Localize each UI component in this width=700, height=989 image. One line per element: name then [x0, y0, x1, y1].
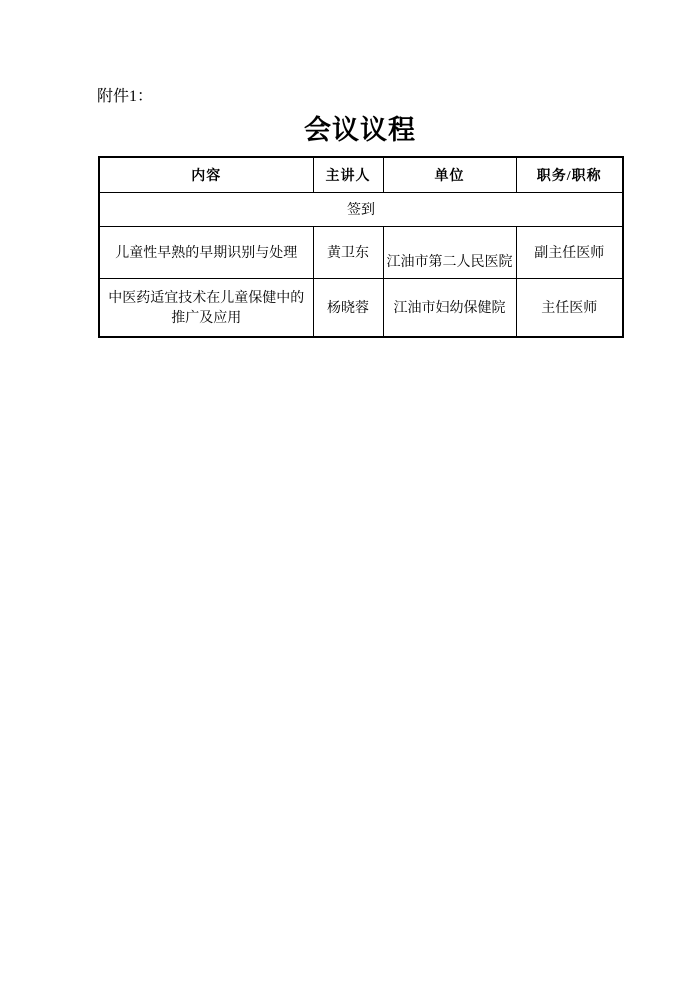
unit-cell: 江油市第二人民医院	[383, 226, 516, 278]
speaker-cell: 黄卫东	[313, 226, 383, 278]
signin-row: 签到	[99, 192, 623, 226]
table-row: 中医药适宜技术在儿童保健中的推广及应用 杨晓蓉 江油市妇幼保健院 主任医师	[99, 278, 623, 337]
page-title: 会议议程	[98, 114, 622, 146]
content-cell: 中医药适宜技术在儿童保健中的推广及应用	[99, 278, 313, 337]
header-cell-content: 内容	[99, 157, 313, 192]
header-cell-position: 职务/职称	[516, 157, 623, 192]
unit-cell-text: 江油市第二人民医院	[387, 251, 513, 271]
header-cell-unit: 单位	[383, 157, 516, 192]
agenda-table: 内容 主讲人 单位 职务/职称 签到 儿童性早熟的早期识别与处理 黄卫东 江油市…	[98, 156, 624, 338]
unit-cell: 江油市妇幼保健院	[383, 278, 516, 337]
attachment-label: 附件1：	[97, 87, 153, 106]
document-page: 附件1： 会议议程 内容 主讲人 单位 职务/职称 签到 儿童性早熟的早期识别与…	[0, 0, 700, 989]
content-cell: 儿童性早熟的早期识别与处理	[99, 226, 313, 278]
position-cell: 副主任医师	[516, 226, 623, 278]
speaker-cell: 杨晓蓉	[313, 278, 383, 337]
position-cell: 主任医师	[516, 278, 623, 337]
signin-cell: 签到	[99, 192, 623, 226]
table-header-row: 内容 主讲人 单位 职务/职称	[99, 157, 623, 192]
header-cell-speaker: 主讲人	[313, 157, 383, 192]
table-row: 儿童性早熟的早期识别与处理 黄卫东 江油市第二人民医院 副主任医师	[99, 226, 623, 278]
